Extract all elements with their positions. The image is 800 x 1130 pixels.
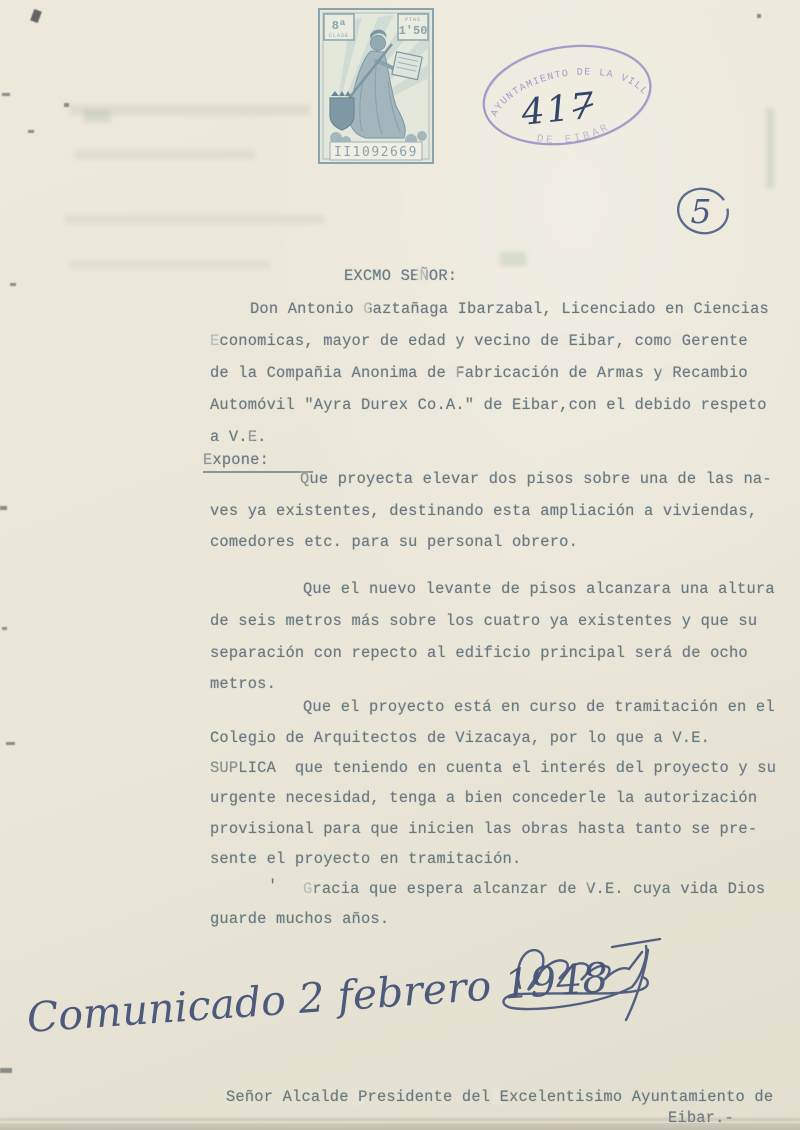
letter-line: comedores etc. para su personal obrero. <box>210 534 578 551</box>
stamp-class-value: 8ª <box>332 19 346 33</box>
paper-speck <box>10 283 16 286</box>
stamp-class-box: 8ª CLASE <box>324 14 354 40</box>
page-number: 5 <box>691 192 712 231</box>
stamp-value-box: PTAS 1'50 <box>398 14 428 40</box>
municipal-oval-stamp: AYUNTAMIENTO DE LA VILLA DE EIBAR 417 <box>455 25 675 165</box>
stamp-serial-number: II1092669 <box>334 145 418 160</box>
addressee-line: Señor Alcalde Presidente del Excelentisi… <box>226 1089 773 1106</box>
paper-speck <box>6 742 15 745</box>
letter-line: Colegio de Arquitectos de Vizacaya, por … <box>210 730 710 747</box>
bleed-smudge-green <box>500 252 526 266</box>
handwritten-annotation: Comunicado 2 febrero 1948 <box>0 930 700 1070</box>
paper-speck <box>64 103 69 107</box>
salutation-line: EXCMO SEÑOR: <box>344 268 457 285</box>
bleed-through-text <box>65 215 325 224</box>
handwritten-note: Comunicado 2 febrero 1948 <box>25 953 609 1042</box>
letter-line: Economicas, mayor de edad y vecino de Ei… <box>210 333 748 350</box>
bleed-smudge-green <box>766 108 774 188</box>
stamp-class-label: CLASE <box>329 33 349 39</box>
letter-line: Que el proyecto está en curso de tramita… <box>303 699 775 716</box>
paper-speck <box>30 9 42 23</box>
letter-line: de seis metros más sobre los cuatro ya e… <box>210 613 757 630</box>
stamp-ptas-value: 1'50 <box>399 24 428 38</box>
letter-line: Automóvil "Ayra Durex Co.A." de Eibar,co… <box>210 397 767 414</box>
letter-line: urgente necesidad, tenga a bien conceder… <box>210 790 757 807</box>
paper-speck <box>757 14 761 18</box>
figure-head <box>371 36 386 51</box>
addressee-line: Eibar.- <box>668 1110 734 1127</box>
bleed-through-text <box>75 150 255 159</box>
letter-line: Que el nuevo levante de pisos alcanzara … <box>303 581 775 598</box>
stamp-serial-strip: II1092669 <box>330 142 422 160</box>
handwritten-registry-number: 417 <box>519 85 599 134</box>
letter-line: Don Antonio Gaztañaga Ibarzabal, Licenci… <box>250 301 769 318</box>
paper-speck <box>0 506 7 510</box>
letter-line: provisional para que inicien las obras h… <box>210 821 757 838</box>
letter-line: de la Compañia Anonima de Fabricación de… <box>210 365 748 382</box>
paper-speck <box>2 93 10 96</box>
letter-line: sente el proyecto en tramitación. <box>210 851 521 868</box>
closing-line: guarde muchos años. <box>210 911 389 928</box>
closing-line: Gracia que espera alcanzar de V.E. cuya … <box>303 881 765 898</box>
bleed-through-text <box>70 260 270 269</box>
letter-line: Que proyecta elevar dos pisos sobre una … <box>300 471 772 488</box>
bleed-through-text <box>70 105 310 115</box>
suplica-line: SUPLICA que teniendo en cuenta el interé… <box>210 760 776 777</box>
letter-line: ves ya existentes, destinando esta ampli… <box>210 503 757 520</box>
letter-line: separación con repecto al edificio princ… <box>210 645 748 662</box>
paper-speck <box>2 627 7 630</box>
revenue-stamp: 8ª CLASE PTAS 1'50 II1092669 <box>316 6 436 166</box>
stray-apostrophe: ' <box>268 878 277 895</box>
letter-line: metros. <box>210 676 276 693</box>
expone-heading: Expone: <box>203 452 313 473</box>
bleed-smudge-green <box>84 110 110 122</box>
figure-book <box>392 52 422 80</box>
circled-page-number: 5 <box>668 178 738 248</box>
paper-speck <box>28 130 34 133</box>
document-page: 8ª CLASE PTAS 1'50 II1092669 AYUNTAMIENT… <box>0 0 800 1130</box>
stamp-ptas-label: PTAS <box>405 17 421 23</box>
letter-line: a V.E. <box>210 429 267 446</box>
